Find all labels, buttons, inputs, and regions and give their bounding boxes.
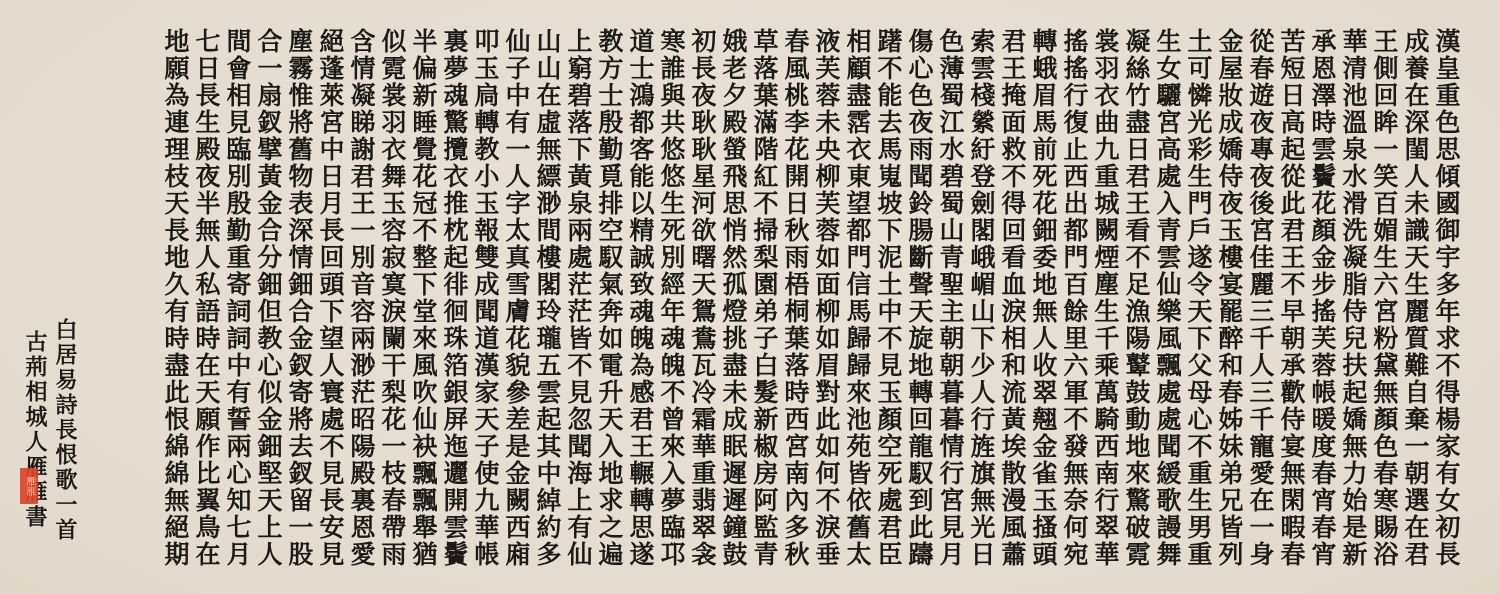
text-column: 成養在深閨人未識天生麗質難自棄一朝選在君 xyxy=(1398,28,1429,568)
red-seal-stamp: 雁雁 xyxy=(20,468,38,504)
text-column: 寒誰與共悠悠生死別經年魂魄不曾來入夢臨邛 xyxy=(654,28,685,568)
signature-line-1: 白居易詩長恨歌一首 xyxy=(50,318,81,543)
text-column: 上窮碧落下黃泉兩處茫茫皆不見忽聞海上有仙 xyxy=(561,28,592,568)
text-column: 王側回眸一笑百媚生六宮粉黛無顏色春寒賜浴 xyxy=(1367,28,1398,568)
text-column: 華清池溫泉水滑洗凝脂侍兒扶起嬌無力始是新 xyxy=(1336,28,1367,568)
text-column: 春風桃李花開日秋雨梧桐葉落時西宮南內多秋 xyxy=(778,28,809,568)
text-column: 生女驪宮高處入青雲仙樂風飄處處聞緩歌謾舞 xyxy=(1150,28,1181,568)
text-column: 叩玉扃轉教小玉報雙成聞道漢家天子使九華帳 xyxy=(468,28,499,568)
text-column: 教方士殷勤覓排空馭氣奔如電升天入地求之遍 xyxy=(592,28,623,568)
text-column: 索雲棧縈紆登劍閣峨嵋山下少人行旌旗無光日 xyxy=(964,28,995,568)
text-column: 似霓裳羽衣舞玉容寂寞淚闌干梨花一枝春帶雨 xyxy=(375,28,406,568)
text-column: 凝絲竹盡日君王看不足漁陽鼙鼓動地來驚破霓 xyxy=(1119,28,1150,568)
text-column: 仙子中有一人字太真雪膚花貌參差是金闕西廂 xyxy=(499,28,530,568)
text-column: 合一扇釵擘黃金合分鈿但教心似金鈿堅天上人 xyxy=(251,28,282,568)
text-column: 山山在虛無縹渺間樓閣玲瓏五雲起其中綽約多 xyxy=(530,28,561,568)
text-column: 液芙蓉未央柳芙蓉如面柳如眉對此如何不淚垂 xyxy=(809,28,840,568)
text-column: 從春遊夜專夜後宮佳麗三千人三千寵愛在一身 xyxy=(1243,28,1274,568)
text-column: 裏夢魂驚攬衣推枕起徘徊珠箔銀屏迤邐開雲鬢 xyxy=(437,28,468,568)
text-column: 漢皇重色思傾國御宇多年求不得楊家有女初長 xyxy=(1429,28,1460,568)
text-column: 色薄蜀江水碧蜀山青聖主朝朝暮暮情行宮見月 xyxy=(933,28,964,568)
text-column: 躇不能去馬嵬坡下泥土中不見玉顏空死處君臣 xyxy=(871,28,902,568)
calligraphy-text-columns: 漢皇重色思傾國御宇多年求不得楊家有女初長成養在深閨人未識天生麗質難自棄一朝選在君… xyxy=(158,28,1460,568)
text-column: 道士鴻都客能以精誠致魂魄為感君王輾轉思遂 xyxy=(623,28,654,568)
text-column: 土可憐光彩生門戶遂令天下父母心不重生男重 xyxy=(1181,28,1212,568)
text-column: 塵霧惟將舊物表深情鈿合金釵寄將去釵留一股 xyxy=(282,28,313,568)
text-column: 承恩澤時雲鬢花顏金步搖芙蓉帳暖度春宵春宵 xyxy=(1305,28,1336,568)
text-column: 絕蓬萊宮中日月長回頭下望人寰處不見長安見 xyxy=(313,28,344,568)
text-column: 君王掩面救不得回看血淚相和流黃埃散漫風蕭 xyxy=(995,28,1026,568)
text-column: 初長夜耿耿星河欲曙天鴛鴦瓦冷霜華重翡翠衾 xyxy=(685,28,716,568)
text-column: 間會相見臨別殷勤重寄詞詞中有誓兩心知七月 xyxy=(220,28,251,568)
text-column: 草落葉滿階紅不掃梨園弟子白髮新椒房阿監青 xyxy=(747,28,778,568)
text-column: 轉蛾眉馬前死花鈿委地無人收翠翹金雀玉搔頭 xyxy=(1026,28,1057,568)
text-column: 搖搖行復止西出都門百餘里六軍不發無奈何宛 xyxy=(1057,28,1088,568)
text-column: 半偏新睡覺花冠不整下堂來風吹仙袂飄飄舉猶 xyxy=(406,28,437,568)
text-column: 相顧盡霑衣東望都門信馬歸歸來池苑皆依舊太 xyxy=(840,28,871,568)
text-column: 含情凝睇謝君王一別音容兩渺茫昭陽殿裏恩愛 xyxy=(344,28,375,568)
text-column: 地願為連理枝天長地久有時盡此恨綿綿無絕期 xyxy=(158,28,189,568)
text-column: 裳羽衣曲九重城闕煙塵生千乘萬騎西南行翠華 xyxy=(1088,28,1119,568)
text-column: 娥老夕殿螢飛思悄然孤燈挑盡未成眠遲遲鐘鼓 xyxy=(716,28,747,568)
text-column: 七日長生殿夜半無人私語時在天願作比翼鳥在 xyxy=(189,28,220,568)
text-column: 金屋妝成嬌侍夜玉樓宴罷醉和春姊妹弟兄皆列 xyxy=(1212,28,1243,568)
text-column: 苦短日高起從此君王不早朝承歡侍宴無閑暇春 xyxy=(1274,28,1305,568)
text-column: 傷心色夜雨聞鈴腸斷聲天旋地轉回龍馭到此躊 xyxy=(902,28,933,568)
